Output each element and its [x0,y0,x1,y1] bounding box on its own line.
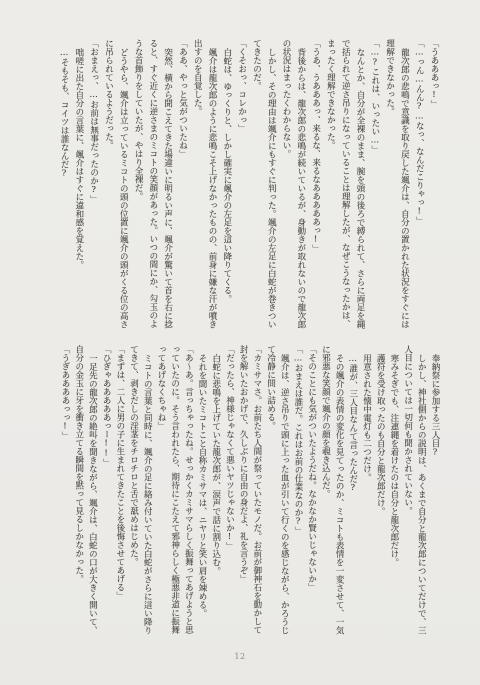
paragraph: 「うぎああああっっ!」 [57,345,71,637]
paragraph: 白蛇は、ゆっくりと、しかし確実に颯介の左足を這い降りてくる。 [219,39,234,331]
paragraph: 「うあ、うあああっ、来るな、来るなあああああっ!」 [308,39,323,331]
paragraph: 「カミサマさ。お前たち人間が祭っていたモノだ。お前が御神石を動かして封を解いたお… [235,345,262,637]
paragraph: 「そのことにも気がついたようだね。なかなか賢いじゃないか」 [304,345,318,637]
paragraph: 背後からは、龍次郎の悲鳴が続いているが、身動きが取れないので龍次郎の状況はまった… [278,39,308,331]
paragraph: それを聞いたミコトこと自称カミサマは、ニヤリと笑い肩を竦める。 [194,345,208,637]
paragraph: 奉納祭に参加する三人目? [427,345,441,637]
scanned-page: 「うあああっ!」「…っん…んん?…なっ、なんだこりゃっ!」龍次郎の悲鳴で意識を取… [0,0,480,685]
paragraph: 寒みそぎでも、注連縄を着けたのは自分と龍次郎だけ。 [386,345,400,637]
paragraph: 「…おまえは誰だ。これはお前の仕業なのか?」 [290,345,304,637]
paragraph: 咄嗟に出た自分の言葉に、颯介はすぐに違和感を覚えた。 [71,39,86,331]
paragraph: 「ああ、やっと気がついたね」 [175,39,190,331]
paragraph: 突然、横から聞こえてきた場違いに明るい声に、颯介が驚いて首を右に捻ると、すぐ近く… [130,39,174,331]
paragraph: 一足先の龍次郎の絶叫を聞きながら、颯介は、白蛇の口が大きく開いて、自分の金玉に牙… [71,345,98,637]
paragraph: しかし、神社側からの説明は、あくまで自分と龍次郎についてだけで、三人目については… [400,345,427,637]
paragraph: 「まずは、二人に男の子に生まれてきたことを後悔させてあげる」 [112,345,126,637]
paragraph: 「おまえっ、…お前は無事だったのか?」 [86,39,101,331]
paragraph: どうやら、颯介は立っているミコトの頭の位置に颯介の頭がくる位の高さに吊られている… [101,39,131,331]
text-block-lower: 奉納祭に参加する三人目?しかし、神社側からの説明は、あくまで自分と龍次郎について… [57,345,441,637]
paragraph: ミコトの言葉と同時に、颯介の足に絡み付いていた白蛇がさらに這い降りてきて、剥きだ… [126,345,153,637]
paragraph: その颯介の表情の変化を見てったのか、ミコトも表情を一変させて、一気に邪悪な笑顔で… [318,345,345,637]
paragraph: 「あ〜あ。言っちゃったね。せっかくカミサマらしく振舞ってあげようと思っていたのに… [153,345,194,637]
paragraph: 龍次郎の悲鳴で意識を取り戻した颯介は、自分の置かれた状況をすぐには理解できなかっ… [382,39,412,331]
page-number: 12 [0,652,480,661]
paragraph: 颯介は龍次郎のように悲鳴こそ上げなかったものの、前身に嫌な汗が噴き出すのを自覚し… [189,39,219,331]
paragraph: 「ひぎゃあああああっー!!」 [98,345,112,637]
paragraph: 「…?これは、いったい…」 [367,39,382,331]
paragraph: 用意された懐中電灯も二つだけ。 [359,345,373,637]
paragraph: 「くそおっ、コレかっ」 [234,39,249,331]
paragraph: …誰が、三人目なんて言ったんだ? [345,345,359,637]
paragraph: 白蛇に悲鳴を上げていた龍次郎が、涙声で話に割り込む。 [208,345,222,637]
paragraph: 「だったら、神様じゃなくて悪いヤツじゃないか!」 [222,345,236,637]
paragraph: なんとか、自分が全裸のまま、腕を頭の後ろで縛られて、さらに両足を縄で括られて逆さ… [323,39,367,331]
paragraph: 「うあああっ!」 [426,39,441,331]
paragraph: 颯介は、逆さ吊りで頭に上った血が引いて行くのを感じながら、かろうじて冷静に問い詰… [263,345,290,637]
text-block-upper: 「うあああっ!」「…っん…んん?…なっ、なんだこりゃっ!」龍次郎の悲鳴で意識を取… [56,39,441,331]
paragraph: …そもそも、コイツは誰なんだ? [56,39,71,331]
paragraph: 護符を受け取ったのも自分と龍次郎だけ。 [372,345,386,637]
paragraph: しかし、その理由は颯介にもすぐに判った。颯介の左足に白蛇が巻きついてきたのだ。 [249,39,279,331]
paragraph: 「…っん…んん?…なっ、なんだこりゃっ!」 [411,39,426,331]
